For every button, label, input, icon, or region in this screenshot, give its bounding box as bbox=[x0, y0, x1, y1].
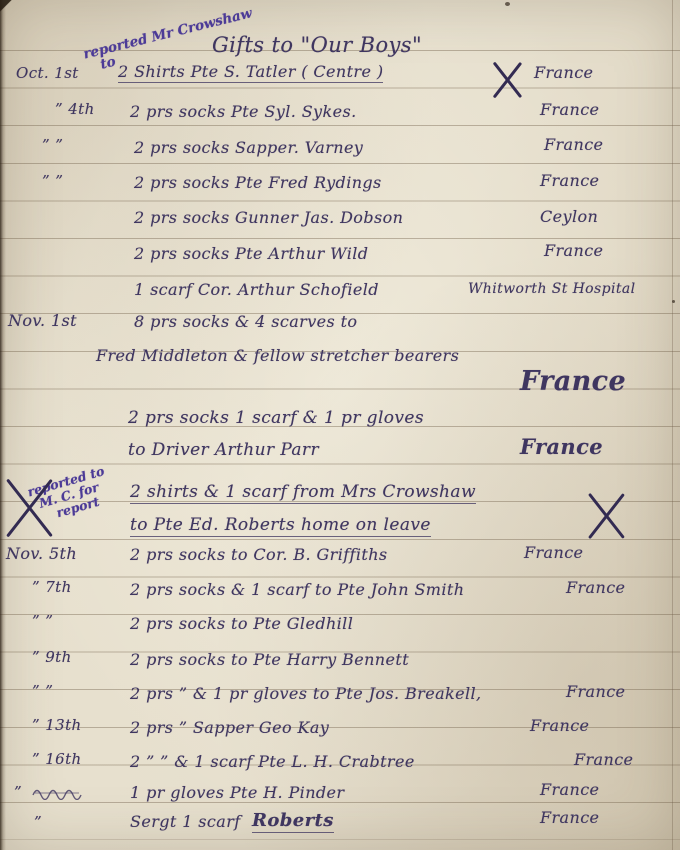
x-mark-icon bbox=[486, 58, 526, 102]
destination-cell: Ceylon bbox=[540, 207, 598, 226]
entry-text: 1 pr gloves Pte H. Pinder bbox=[130, 783, 344, 802]
entry-text: 2 prs socks Gunner Jas. Dobson bbox=[134, 208, 403, 227]
table-row: ” ” 2 prs ” & 1 pr gloves to Pte Jos. Br… bbox=[0, 680, 680, 714]
entry-text: 2 prs socks Pte Arthur Wild bbox=[134, 244, 368, 263]
entry-text: 2 prs socks to Pte Harry Bennett bbox=[130, 650, 409, 669]
entry-text: 2 prs socks Pte Syl. Sykes. bbox=[130, 102, 357, 121]
entry-text: to Driver Arthur Parr bbox=[128, 440, 319, 460]
destination-cell: France bbox=[544, 241, 603, 260]
table-row: France bbox=[0, 362, 680, 396]
entry-text: 2 prs socks & 1 scarf to Pte John Smith bbox=[130, 580, 464, 599]
destination-cell: France bbox=[540, 808, 599, 827]
date-cell: Nov. 1st bbox=[8, 311, 77, 330]
date-cell: ” 9th bbox=[32, 648, 72, 666]
table-row: ” ” 2 prs socks Sapper. Varney France bbox=[0, 134, 680, 168]
table-row: ” 9th 2 prs socks to Pte Harry Bennett bbox=[0, 646, 680, 680]
entry-text: 2 prs socks to Pte Gledhill bbox=[130, 614, 353, 633]
table-row: 2 shirts & 1 scarf from Mrs Crowshaw bbox=[0, 480, 680, 514]
date-cell: ” bbox=[14, 783, 22, 801]
destination-cell: France bbox=[544, 135, 603, 154]
table-row: ” 4th 2 prs socks Pte Syl. Sykes. France bbox=[0, 98, 680, 132]
destination-cell: France bbox=[520, 366, 626, 397]
date-cell: ” 13th bbox=[32, 716, 82, 734]
date-cell: ” 4th bbox=[55, 100, 95, 118]
table-row: ” 7th 2 prs socks & 1 scarf to Pte John … bbox=[0, 576, 680, 610]
destination-cell: France bbox=[520, 434, 603, 459]
date-cell: ” ” bbox=[32, 682, 53, 700]
table-row: 2 prs socks Gunner Jas. Dobson Ceylon bbox=[0, 204, 680, 238]
entry-text: 2 prs socks 1 scarf & 1 pr gloves bbox=[128, 408, 424, 428]
table-row: 2 prs socks 1 scarf & 1 pr gloves bbox=[0, 404, 680, 438]
entry-text: 2 prs socks Sapper. Varney bbox=[134, 138, 363, 157]
destination-cell: France bbox=[524, 543, 583, 562]
entry-text-emphasis: Roberts bbox=[252, 810, 334, 833]
entry-text: 2 prs ” & 1 pr gloves to Pte Jos. Breake… bbox=[130, 684, 482, 703]
ink-speck bbox=[505, 2, 510, 6]
table-row: ” 16th 2 ” ” & 1 scarf Pte L. H. Crabtre… bbox=[0, 748, 680, 782]
destination-cell: France bbox=[566, 578, 625, 597]
table-row: ” ” 2 prs socks Pte Fred Rydings France bbox=[0, 170, 680, 204]
destination-cell: France bbox=[530, 716, 589, 735]
entry-text: 8 prs socks & 4 scarves to bbox=[134, 312, 357, 331]
dark-corner-mark bbox=[0, 0, 16, 13]
entry-text: 2 prs socks Pte Fred Rydings bbox=[134, 173, 382, 192]
table-row: 1 scarf Cor. Arthur Schofield Whitworth … bbox=[0, 276, 680, 310]
notebook-page: Gifts to "Our Boys" reported Mr Crowshaw… bbox=[0, 0, 680, 850]
table-row: Oct. 1st 2 Shirts Pte S. Tatler ( Centre… bbox=[0, 60, 680, 94]
entry-text: 2 prs ” Sapper Geo Kay bbox=[130, 718, 329, 737]
date-cell: ” 7th bbox=[32, 578, 72, 596]
entry-text: Sergt 1 scarf bbox=[130, 812, 241, 831]
destination-cell: France bbox=[540, 171, 599, 190]
table-row: ” 13th 2 prs ” Sapper Geo Kay France bbox=[0, 714, 680, 748]
destination-cell: France bbox=[540, 100, 599, 119]
date-cell: ” ” bbox=[42, 136, 63, 154]
destination-cell: France bbox=[574, 750, 633, 769]
entry-text: 2 Shirts Pte S. Tatler ( Centre ) bbox=[118, 62, 383, 83]
page-title: Gifts to "Our Boys" bbox=[212, 33, 422, 57]
destination-cell: France bbox=[566, 682, 625, 701]
destination-cell: France bbox=[534, 63, 593, 82]
destination-cell: Whitworth St Hospital bbox=[468, 281, 636, 297]
destination-cell: France bbox=[540, 780, 599, 799]
date-cell: ” 16th bbox=[32, 750, 82, 768]
entry-text: 2 prs socks to Cor. B. Griffiths bbox=[130, 545, 388, 564]
table-row: 2 prs socks Pte Arthur Wild France bbox=[0, 240, 680, 274]
table-row: ” Sergt 1 scarf Roberts France bbox=[0, 808, 680, 842]
date-cell: ” ” bbox=[42, 172, 63, 190]
table-row: ” ” 2 prs socks to Pte Gledhill bbox=[0, 610, 680, 644]
scribbled-out-date bbox=[32, 786, 84, 800]
table-row: to Driver Arthur Parr France bbox=[0, 434, 680, 468]
date-cell: Oct. 1st bbox=[16, 64, 79, 82]
date-cell: ” bbox=[34, 813, 42, 831]
entry-text: 2 ” ” & 1 scarf Pte L. H. Crabtree bbox=[130, 752, 415, 771]
entry-text: 1 scarf Cor. Arthur Schofield bbox=[134, 280, 379, 299]
entry-text: 2 shirts & 1 scarf from Mrs Crowshaw bbox=[130, 482, 476, 504]
table-row: Nov. 5th 2 prs socks to Cor. B. Griffith… bbox=[0, 541, 680, 575]
date-cell: Nov. 5th bbox=[6, 544, 77, 563]
date-cell: ” ” bbox=[32, 612, 53, 630]
entry-text: to Pte Ed. Roberts home on leave bbox=[130, 515, 431, 537]
table-row: Nov. 1st 8 prs socks & 4 scarves to bbox=[0, 308, 680, 342]
